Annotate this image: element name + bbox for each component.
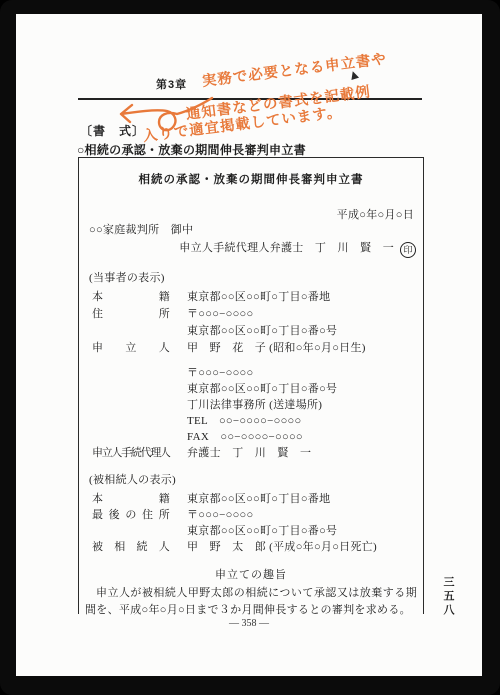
field-value: 東京都○○区○○町○丁目○番○号 (187, 523, 337, 539)
paper-page: 第3章 実務で必要となる申立書や 通知書などの書式を記載例 入りで適宜掲載してい… (16, 14, 482, 676)
field-label (92, 365, 170, 381)
form-row: FAX ○○−○○○○−○○○○ (79, 429, 423, 445)
field-value: 弁護士 丁 川 賢 一 (187, 445, 311, 461)
format-label: 〔書 式〕 (80, 122, 145, 139)
decedent-section-heading: (被相続人の表示) (89, 473, 423, 487)
representative-signature-line: 申立人手続代理人弁護士 丁 川 賢 一印 (79, 241, 423, 256)
form-box: 相続の承認・放棄の期間伸長審判申立書 平成○年○月○日 ○○家庭裁判所 御中 申… (78, 157, 424, 614)
form-row: 〒○○○−○○○○ (79, 365, 423, 381)
field-label (92, 523, 170, 539)
form-row: 申立人手続代理人 弁護士 丁 川 賢 一 (79, 445, 423, 461)
parties-section-heading: (当事者の表示) (89, 271, 423, 285)
field-value: 東京都○○区○○町○丁目○番地 (187, 289, 330, 306)
form-row: 東京都○○区○○町○丁目○番○号 (79, 523, 423, 539)
field-label: 申立人 (92, 340, 170, 357)
form-row: 本籍 東京都○○区○○町○丁目○番地 (79, 491, 423, 507)
field-label (92, 323, 170, 340)
field-value: 丁川法律事務所 (送達場所) (187, 397, 322, 413)
form-row: 東京都○○区○○町○丁目○番○号 (79, 323, 423, 340)
field-label (92, 413, 170, 429)
gist-body: 申立人が被相続人甲野太郎の相続について承認又は放棄する期間を、平成○年○月○日ま… (85, 585, 417, 618)
field-label: 本籍 (92, 491, 170, 507)
field-value: TEL ○○−○○○○−○○○○ (187, 413, 301, 429)
field-label: 申立人手続代理人 (92, 445, 170, 461)
gist-heading: 申立ての趣旨 (79, 568, 423, 582)
court-name: ○○家庭裁判所 御中 (89, 223, 423, 237)
field-value: 甲 野 花 子 (昭和○年○月○日生) (187, 340, 366, 357)
seal-icon: 印 (400, 242, 416, 258)
field-value: 東京都○○区○○町○丁目○番地 (187, 491, 330, 507)
field-label (92, 381, 170, 397)
field-label (92, 429, 170, 445)
chapter-label: 第3章 (156, 76, 187, 92)
form-row: 被相続人 甲 野 太 郎 (平成○年○月○日死亡) (79, 539, 423, 555)
field-label (92, 397, 170, 413)
side-page-number: 三五八 (440, 576, 456, 618)
field-value: 〒○○○−○○○○ (187, 306, 253, 323)
form-row: 最後の住所 〒○○○−○○○○ (79, 507, 423, 523)
field-label: 住所 (92, 306, 170, 323)
book-page-frame: 第3章 実務で必要となる申立書や 通知書などの書式を記載例 入りで適宜掲載してい… (0, 0, 500, 695)
field-label: 本籍 (92, 289, 170, 306)
form-row: 住所 〒○○○−○○○○ (79, 306, 423, 323)
field-label: 被相続人 (92, 539, 170, 555)
field-value: 〒○○○−○○○○ (187, 507, 253, 523)
field-value: FAX ○○−○○○○−○○○○ (187, 429, 303, 445)
field-value: 甲 野 太 郎 (平成○年○月○日死亡) (187, 539, 377, 555)
document-heading: ○相続の承認・放棄の期間伸長審判申立書 (77, 141, 306, 158)
form-row: 本籍 東京都○○区○○町○丁目○番地 (79, 289, 423, 306)
form-date: 平成○年○月○日 (79, 208, 423, 222)
form-row: TEL ○○−○○○○−○○○○ (79, 413, 423, 429)
footer-page-number: — 358 — (16, 618, 482, 629)
field-value: 〒○○○−○○○○ (187, 365, 253, 381)
form-row: 申立人 甲 野 花 子 (昭和○年○月○日生) (79, 340, 423, 357)
field-value: 東京都○○区○○町○丁目○番○号 (187, 381, 337, 397)
form-row: 丁川法律事務所 (送達場所) (79, 397, 423, 413)
form-title: 相続の承認・放棄の期間伸長審判申立書 (79, 158, 423, 187)
form-row: 東京都○○区○○町○丁目○番○号 (79, 381, 423, 397)
representative-name: 申立人手続代理人弁護士 丁 川 賢 一 (179, 242, 394, 254)
field-label: 最後の住所 (92, 507, 170, 523)
field-value: 東京都○○区○○町○丁目○番○号 (187, 323, 337, 340)
